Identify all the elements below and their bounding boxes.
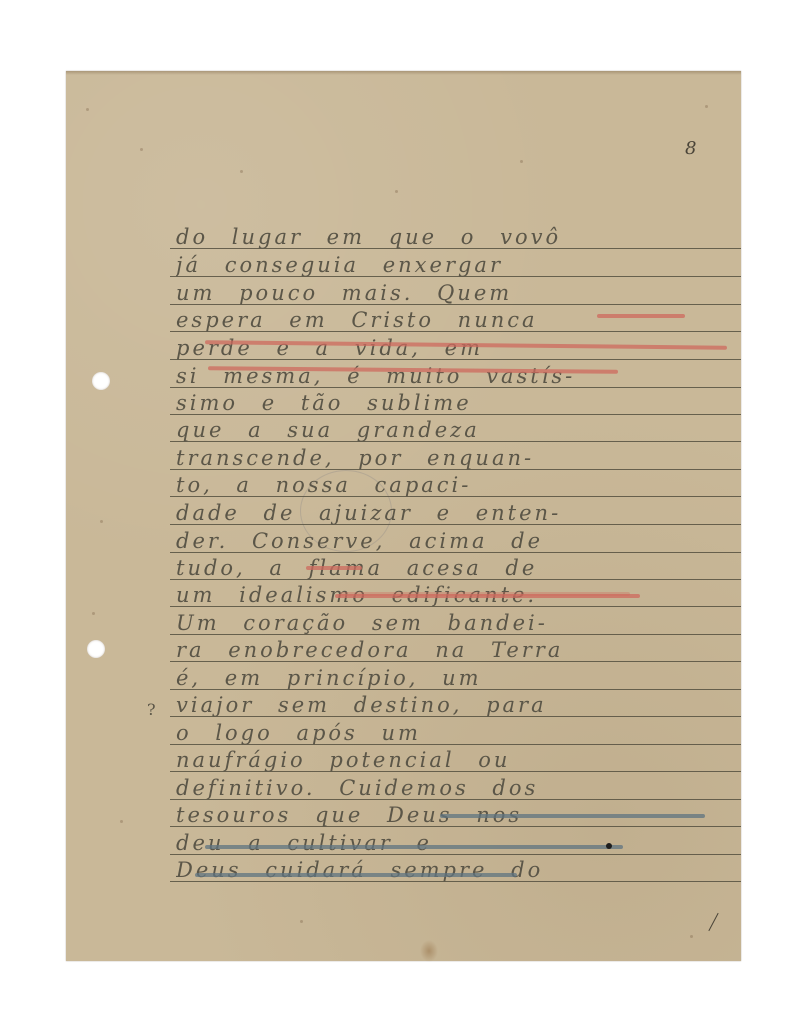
punch-hole-top [92, 372, 110, 390]
paper-speck [300, 920, 303, 923]
handwritten-line: to, a nossa capaci- [176, 472, 736, 498]
paper-speck [140, 148, 143, 151]
red-underline-conserve [306, 566, 362, 570]
handwritten-line: que a sua grandeza [176, 417, 736, 443]
punch-hole-bottom [87, 640, 105, 658]
paper-stain [420, 940, 438, 962]
red-underline-idealismo [340, 592, 630, 596]
handwritten-line: Um coração sem bandei- [176, 610, 736, 636]
handwritten-line: deu a cultivar e [176, 830, 736, 856]
handwritten-line: definitivo. Cuidemos dos [176, 775, 736, 801]
red-underline-quem [597, 314, 685, 318]
handwritten-line: do lugar em que o vovô [176, 224, 736, 250]
paper-speck [92, 612, 95, 615]
blue-underline-cuidemos-dos [440, 814, 705, 818]
handwritten-line: Deus cuidará sempre do [176, 857, 736, 883]
paper-speck [240, 170, 243, 173]
handwritten-line: viajor sem destino, para [176, 692, 736, 718]
handwritten-line: ra enobrecedora na Terra [176, 637, 736, 663]
handwritten-line: espera em Cristo nunca [176, 307, 736, 333]
ink-dot [606, 843, 612, 849]
handwritten-line: simo e tão sublime [176, 390, 736, 416]
paper-speck [100, 520, 103, 523]
handwritten-line: já conseguia enxergar [176, 252, 736, 278]
handwritten-line: tudo, a flama acesa de [176, 555, 736, 581]
paper-speck [705, 105, 708, 108]
paper-speck [120, 820, 123, 823]
handwritten-line: naufrágio potencial ou [176, 747, 736, 773]
handwritten-line: é, em princípio, um [176, 665, 736, 691]
blue-underline-tesouros-que-deus-nos [205, 845, 623, 849]
handwritten-line: um pouco mais. Quem [176, 280, 736, 306]
paper-speck [690, 935, 693, 938]
paper-speck [520, 160, 523, 163]
margin-question-mark: ? [147, 700, 156, 719]
handwritten-line: dade de ajuizar e enten- [176, 500, 736, 526]
paper-speck [86, 108, 89, 111]
handwritten-line: der. Conserve, acima de [176, 528, 736, 554]
blue-underline-deu-a-cultivar [195, 873, 517, 877]
handwritten-line: transcende, por enquan- [176, 445, 736, 471]
paper-speck [395, 190, 398, 193]
page-number: 8 [685, 138, 696, 159]
handwritten-line: o logo após um [176, 720, 736, 746]
